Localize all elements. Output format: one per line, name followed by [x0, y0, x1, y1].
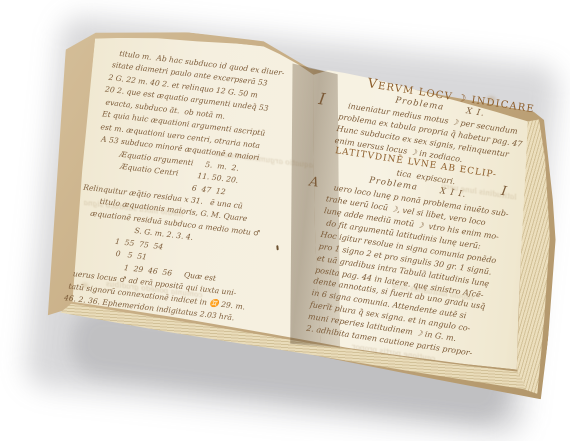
open-book: titulo m. Ab hac subduco id quod ex diue…: [11, 0, 570, 439]
manuscript-photo: titulo m. Ab hac subduco id quod ex diue…: [0, 0, 570, 441]
right-page-text: VERVM LOCV ☽ INDICARE Problema X I. I in…: [299, 74, 548, 366]
initial-letter-A: A: [308, 177, 319, 190]
left-page-text: titulo m. Ab hac subduco id quod ex diue…: [77, 47, 330, 333]
